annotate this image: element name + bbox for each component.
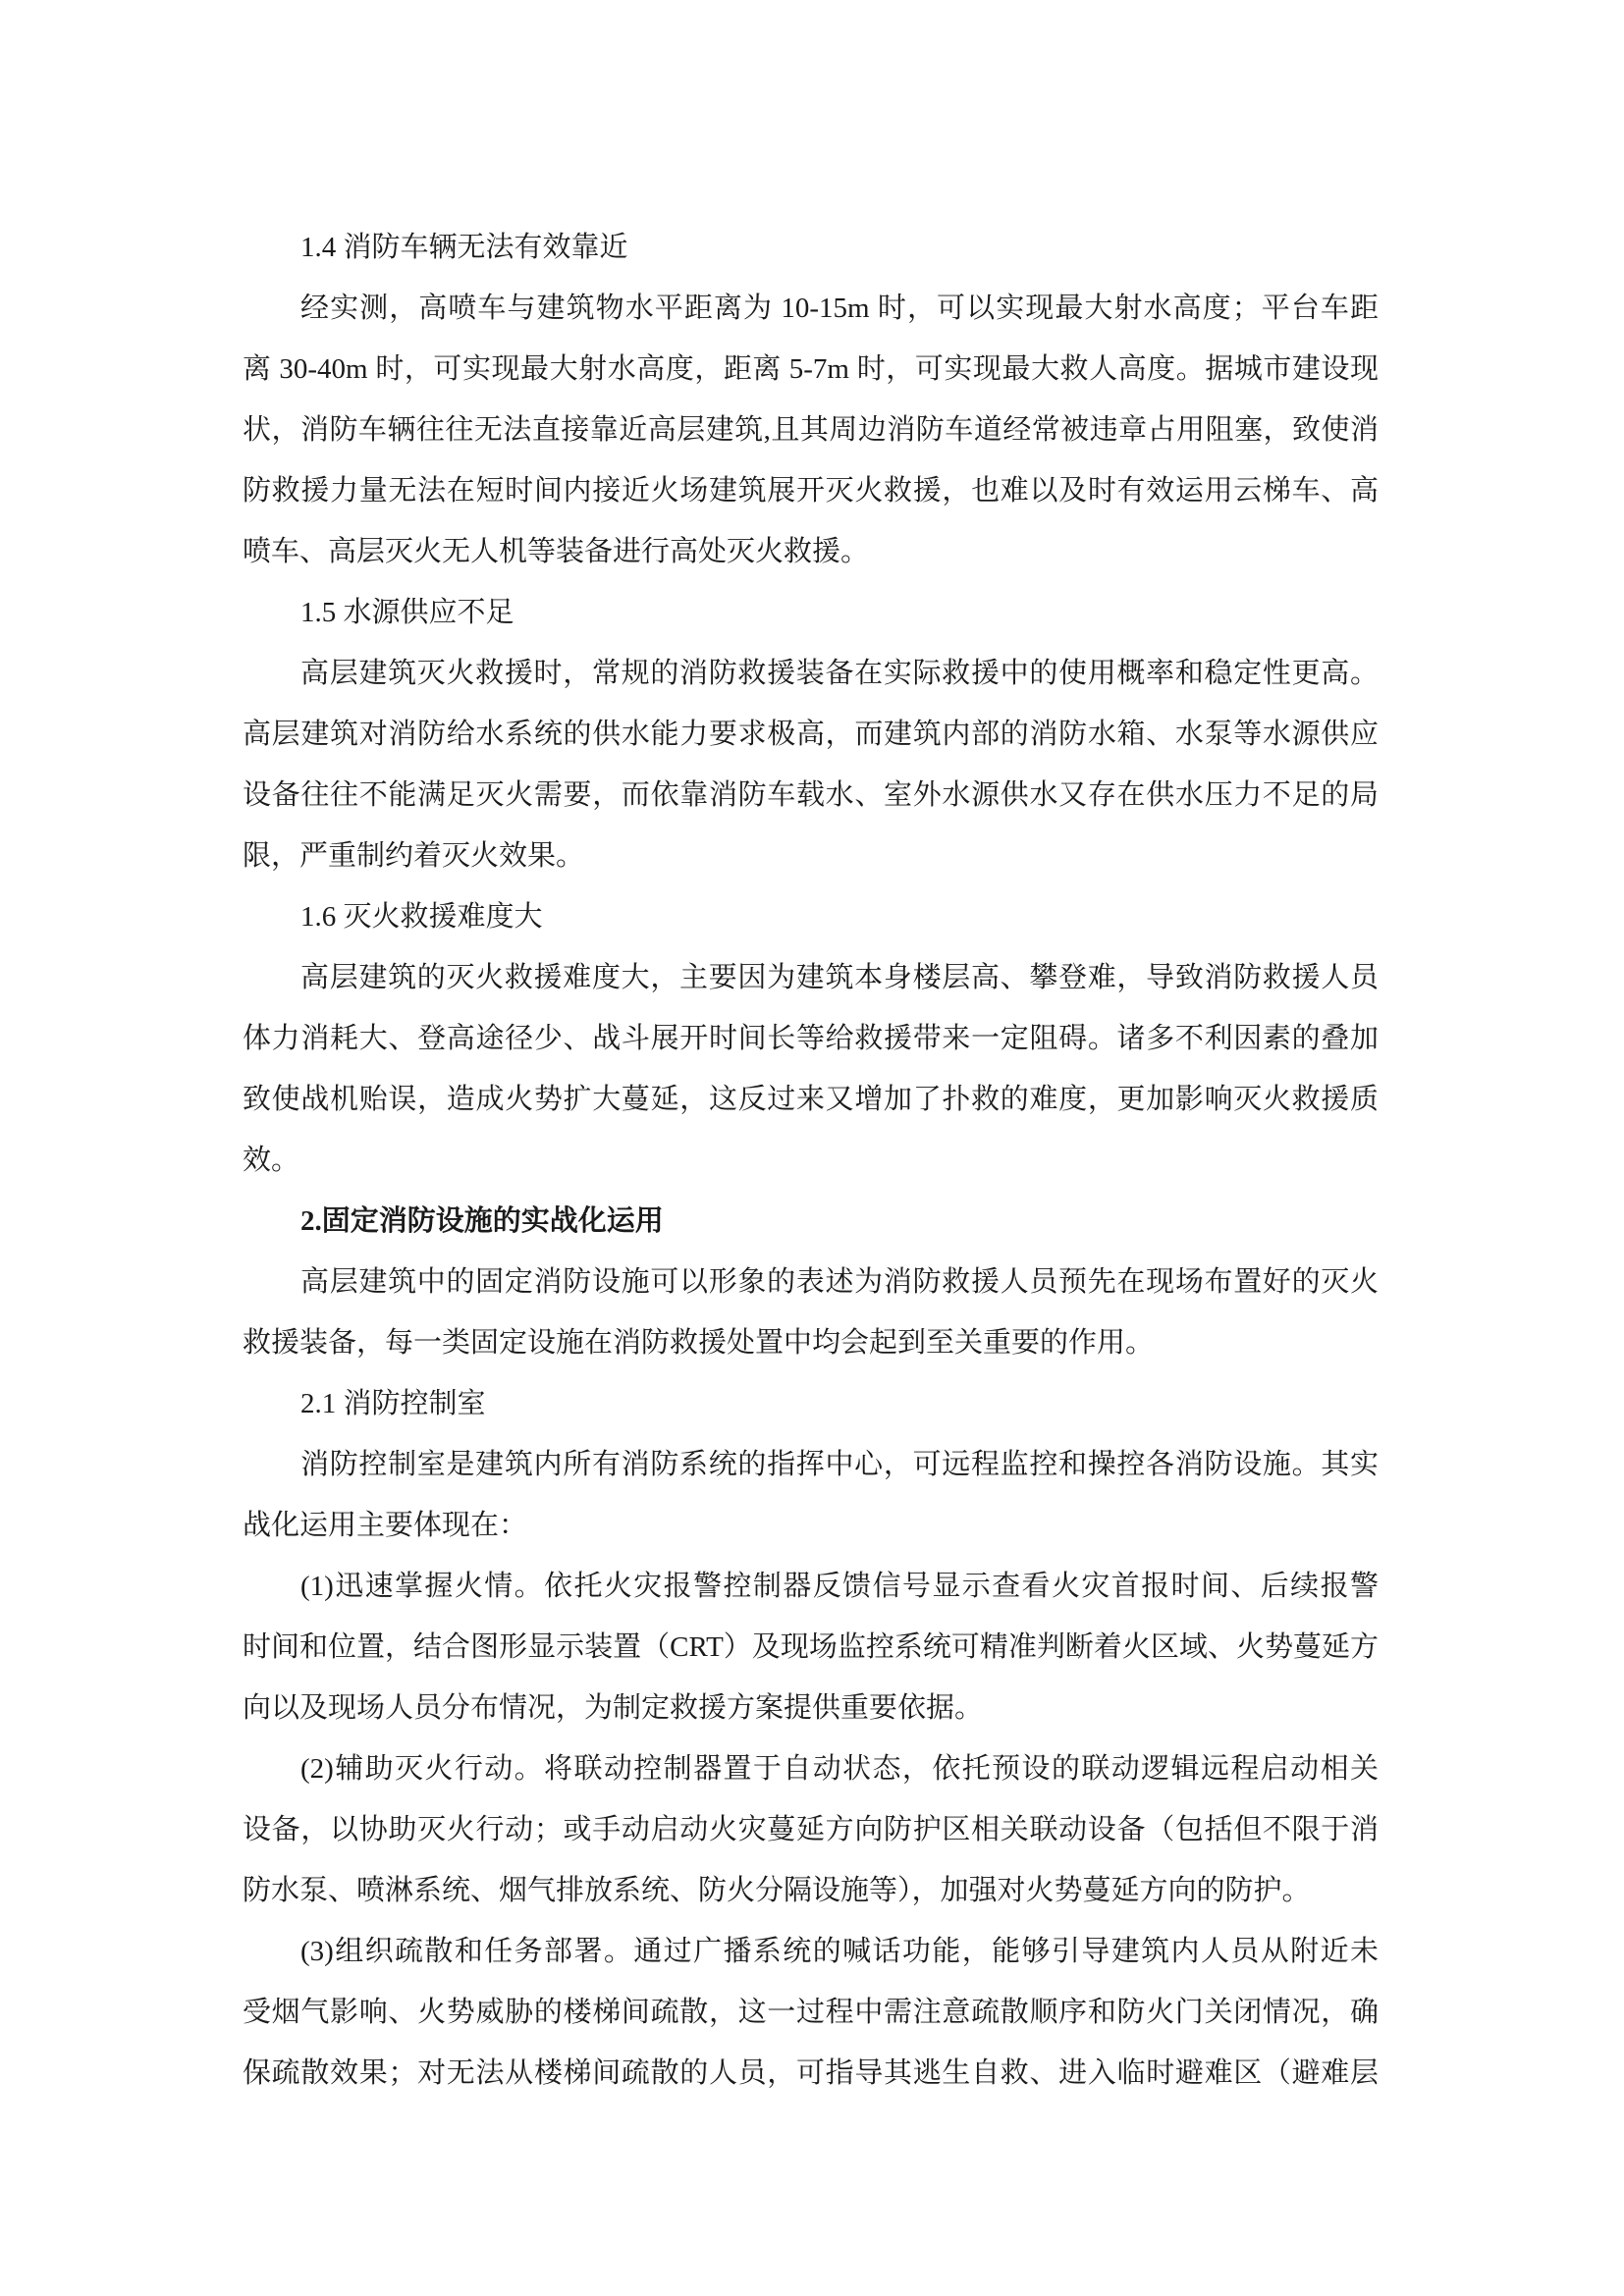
text-line: 高层建筑的灭火救援难度大，主要因为建筑本身楼层高、攀登难，导致消防救援人员 [243, 947, 1379, 1008]
text-line: (2)辅助灭火行动。将联动控制器置于自动状态，依托预设的联动逻辑远程启动相关 [243, 1738, 1379, 1799]
section-heading: 1.4 消防车辆无法有效靠近 [243, 217, 1379, 278]
text-line: 设备往往不能满足灭火需要，而依靠消防车载水、室外水源供水又存在供水压力不足的局 [243, 765, 1379, 826]
section-heading: 2.固定消防设施的实战化运用 [243, 1191, 1379, 1252]
text-line: 高层建筑对消防给水系统的供水能力要求极高，而建筑内部的消防水箱、水泵等水源供应 [243, 704, 1379, 765]
text-line: 消防控制室是建筑内所有消防系统的指挥中心，可远程监控和操控各消防设施。其实 [243, 1434, 1379, 1495]
text-line: 战化运用主要体现在： [243, 1495, 1379, 1556]
document-page: 1.4 消防车辆无法有效靠近经实测，高喷车与建筑物水平距离为 10-15m 时，… [0, 0, 1624, 2296]
text-line: 防水泵、喷淋系统、烟气排放系统、防火分隔设施等），加强对火势蔓延方向的防护。 [243, 1860, 1379, 1921]
document-body: 1.4 消防车辆无法有效靠近经实测，高喷车与建筑物水平距离为 10-15m 时，… [243, 217, 1379, 2104]
text-line: 向以及现场人员分布情况，为制定救援方案提供重要依据。 [243, 1678, 1379, 1738]
text-line: 受烟气影响、火势威胁的楼梯间疏散，这一过程中需注意疏散顺序和防火门关闭情况，确 [243, 1982, 1379, 2043]
section-heading: 1.5 水源供应不足 [243, 582, 1379, 643]
text-line: 高层建筑灭火救援时，常规的消防救援装备在实际救援中的使用概率和稳定性更高。 [243, 643, 1379, 704]
text-line: (3)组织疏散和任务部署。通过广播系统的喊话功能，能够引导建筑内人员从附近未 [243, 1921, 1379, 1982]
text-line: 高层建筑中的固定消防设施可以形象的表述为消防救援人员预先在现场布置好的灭火 [243, 1252, 1379, 1312]
text-line: 时间和位置，结合图形显示装置（CRT）及现场监控系统可精准判断着火区域、火势蔓延… [243, 1617, 1379, 1678]
text-line: 状，消防车辆往往无法直接靠近高层建筑,且其周边消防车道经常被违章占用阻塞，致使消 [243, 400, 1379, 460]
section-heading: 1.6 灭火救援难度大 [243, 886, 1379, 947]
text-line: 防救援力量无法在短时间内接近火场建筑展开灭火救援，也难以及时有效运用云梯车、高 [243, 460, 1379, 521]
text-line: 限，严重制约着灭火效果。 [243, 826, 1379, 886]
text-line: 设备，以协助灭火行动；或手动启动火灾蔓延方向防护区相关联动设备（包括但不限于消 [243, 1799, 1379, 1860]
text-line: 保疏散效果；对无法从楼梯间疏散的人员，可指导其逃生自救、进入临时避难区（避难层 [243, 2043, 1379, 2104]
text-line: 离 30-40m 时，可实现最大射水高度，距离 5-7m 时，可实现最大救人高度… [243, 339, 1379, 400]
text-line: 效。 [243, 1130, 1379, 1191]
section-heading: 2.1 消防控制室 [243, 1373, 1379, 1434]
text-line: 救援装备，每一类固定设施在消防救援处置中均会起到至关重要的作用。 [243, 1312, 1379, 1373]
text-line: 经实测，高喷车与建筑物水平距离为 10-15m 时，可以实现最大射水高度；平台车… [243, 278, 1379, 339]
text-line: (1)迅速掌握火情。依托火灾报警控制器反馈信号显示查看火灾首报时间、后续报警 [243, 1556, 1379, 1617]
text-line: 喷车、高层灭火无人机等装备进行高处灭火救援。 [243, 521, 1379, 582]
text-line: 致使战机贻误，造成火势扩大蔓延，这反过来又增加了扑救的难度，更加影响灭火救援质 [243, 1069, 1379, 1130]
text-line: 体力消耗大、登高途径少、战斗展开时间长等给救援带来一定阻碍。诸多不利因素的叠加 [243, 1008, 1379, 1069]
